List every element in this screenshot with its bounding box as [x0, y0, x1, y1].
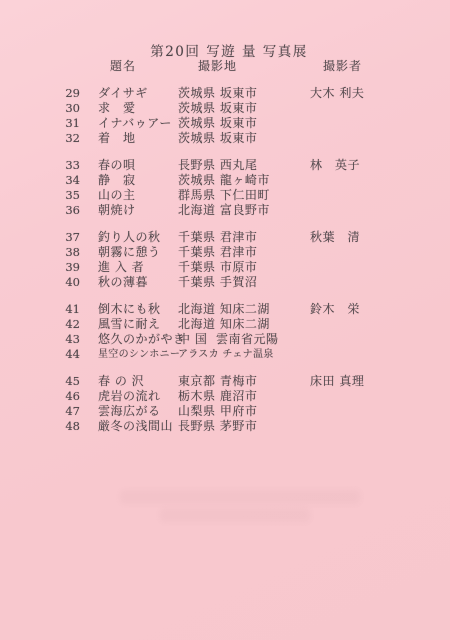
entry-photographer — [308, 404, 450, 419]
entry-number: 30 — [0, 101, 80, 116]
entry-title: 着 地 — [80, 131, 178, 146]
entry-photographer — [308, 332, 450, 347]
entry-location: 山梨県 甲府市 — [178, 404, 308, 419]
entry-photographer: 鈴木 栄 — [308, 302, 450, 317]
table-row: 39 進 入 者 千葉県 市原市 — [0, 260, 450, 275]
entry-location: 茨城県 坂東市 — [178, 131, 308, 146]
entry-number: 39 — [0, 260, 80, 275]
entry-location: 茨城県 龍ヶ崎市 — [178, 173, 308, 188]
entry-number: 47 — [0, 404, 80, 419]
entry-location: 群馬県 下仁田町 — [178, 188, 308, 203]
table-row: 42 風雪に耐え 北海道 知床二湖 — [0, 317, 450, 332]
entry-title: 雲海広がる — [80, 404, 178, 419]
entry-photographer — [308, 389, 450, 404]
entry-number: 33 — [0, 158, 80, 173]
entry-number: 34 — [0, 173, 80, 188]
entry-number: 35 — [0, 188, 80, 203]
table-row: 43 悠久のかがやき 中 国 雲南省元陽 — [0, 332, 450, 347]
entry-photographer: 大木 利夫 — [308, 86, 450, 101]
table-row: 45 春 の 沢 東京都 青梅市 床田 真理 — [0, 374, 450, 389]
entry-title: 静 寂 — [80, 173, 178, 188]
table-row: 33 春の唄 長野県 西丸尾 林 英子 — [0, 158, 450, 173]
entry-location: 千葉県 市原市 — [178, 260, 308, 275]
table-row: 32 着 地 茨城県 坂東市 — [0, 131, 450, 146]
entry-location: 千葉県 君津市 — [178, 245, 308, 260]
entry-location: 栃木県 鹿沼市 — [178, 389, 308, 404]
entry-number: 41 — [0, 302, 80, 317]
reverse-side-bleed-through — [120, 490, 360, 504]
entry-title: 朝焼け — [80, 203, 178, 218]
entry-title: ダイサギ — [80, 86, 178, 101]
table-row: 37 釣り人の秋 千葉県 君津市 秋葉 清 — [0, 230, 450, 245]
entry-location: 中 国 雲南省元陽 — [178, 332, 308, 347]
entry-number: 37 — [0, 230, 80, 245]
entry-title: 悠久のかがやき — [80, 332, 178, 347]
entry-location: 千葉県 手賀沼 — [178, 275, 308, 290]
column-header-photographer: 撮影者 — [323, 57, 362, 74]
entry-number: 45 — [0, 374, 80, 389]
table-row: 40 秋の薄暮 千葉県 手賀沼 — [0, 275, 450, 290]
entry-location: 茨城県 坂東市 — [178, 86, 308, 101]
entry-photographer — [308, 347, 450, 362]
entry-location: 東京都 青梅市 — [178, 374, 308, 389]
entry-title: 秋の薄暮 — [80, 275, 178, 290]
column-header-title: 題名 — [110, 57, 136, 74]
entry-location: 長野県 茅野市 — [178, 419, 308, 434]
entry-photographer — [308, 275, 450, 290]
table-row: 30 求 愛 茨城県 坂東市 — [0, 101, 450, 116]
entry-photographer — [308, 260, 450, 275]
table-row: 38 朝霧に憩う 千葉県 君津市 — [0, 245, 450, 260]
table-row: 36 朝焼け 北海道 富良野市 — [0, 203, 450, 218]
entry-photographer — [308, 203, 450, 218]
entry-photographer — [308, 188, 450, 203]
entry-photographer — [308, 419, 450, 434]
entry-number: 31 — [0, 116, 80, 131]
column-header-row: 題名 撮影地 撮影者 — [0, 57, 450, 72]
entry-location: 長野県 西丸尾 — [178, 158, 308, 173]
entry-photographer — [308, 173, 450, 188]
entry-location: 北海道 知床二湖 — [178, 302, 308, 317]
entry-photographer — [308, 131, 450, 146]
table-row: 47 雲海広がる 山梨県 甲府市 — [0, 404, 450, 419]
entry-title: 倒木にも秋 — [80, 302, 178, 317]
column-header-location: 撮影地 — [198, 57, 237, 74]
entry-photographer — [308, 245, 450, 260]
entry-title: 進 入 者 — [80, 260, 178, 275]
scanned-exhibition-list-page: 第20回 写遊 量 写真展 題名 撮影地 撮影者 29 ダイサギ 茨城県 坂東市… — [0, 0, 450, 640]
table-row: 48 厳冬の浅間山 長野県 茅野市 — [0, 419, 450, 434]
entry-number: 29 — [0, 86, 80, 101]
entry-number: 32 — [0, 131, 80, 146]
entry-location: 北海道 知床二湖 — [178, 317, 308, 332]
entry-number: 40 — [0, 275, 80, 290]
entry-location: アラスカ チェナ温泉 — [178, 347, 308, 362]
entry-title: 星空のシンホニー — [80, 347, 178, 362]
entry-title: 釣り人の秋 — [80, 230, 178, 245]
entry-number: 36 — [0, 203, 80, 218]
entry-title: イナバゥアー — [80, 116, 178, 131]
entry-photographer: 秋葉 清 — [308, 230, 450, 245]
entry-title: 厳冬の浅間山 — [80, 419, 178, 434]
reverse-side-bleed-through — [160, 508, 310, 522]
table-row: 34 静 寂 茨城県 龍ヶ崎市 — [0, 173, 450, 188]
entry-title: 春の唄 — [80, 158, 178, 173]
entry-table: 29 ダイサギ 茨城県 坂東市 大木 利夫 30 求 愛 茨城県 坂東市 31 … — [0, 86, 450, 446]
entry-group: 33 春の唄 長野県 西丸尾 林 英子 34 静 寂 茨城県 龍ヶ崎市 35 山… — [0, 158, 450, 218]
entry-photographer — [308, 317, 450, 332]
entry-title: 朝霧に憩う — [80, 245, 178, 260]
entry-number: 44 — [0, 347, 80, 362]
entry-photographer — [308, 116, 450, 131]
entry-title: 山の主 — [80, 188, 178, 203]
entry-number: 48 — [0, 419, 80, 434]
table-row: 31 イナバゥアー 茨城県 坂東市 — [0, 116, 450, 131]
entry-photographer: 床田 真理 — [308, 374, 450, 389]
entry-location: 茨城県 坂東市 — [178, 101, 308, 116]
entry-number: 46 — [0, 389, 80, 404]
entry-group: 41 倒木にも秋 北海道 知床二湖 鈴木 栄 42 風雪に耐え 北海道 知床二湖… — [0, 302, 450, 362]
entry-group: 29 ダイサギ 茨城県 坂東市 大木 利夫 30 求 愛 茨城県 坂東市 31 … — [0, 86, 450, 146]
entry-title: 求 愛 — [80, 101, 178, 116]
table-row: 35 山の主 群馬県 下仁田町 — [0, 188, 450, 203]
entry-number: 43 — [0, 332, 80, 347]
table-row: 29 ダイサギ 茨城県 坂東市 大木 利夫 — [0, 86, 450, 101]
table-row: 44 星空のシンホニー アラスカ チェナ温泉 — [0, 347, 450, 362]
entry-location: 千葉県 君津市 — [178, 230, 308, 245]
table-row: 46 虎岩の流れ 栃木県 鹿沼市 — [0, 389, 450, 404]
entry-photographer: 林 英子 — [308, 158, 450, 173]
entry-title: 虎岩の流れ — [80, 389, 178, 404]
entry-number: 38 — [0, 245, 80, 260]
table-row: 41 倒木にも秋 北海道 知床二湖 鈴木 栄 — [0, 302, 450, 317]
entry-group: 45 春 の 沢 東京都 青梅市 床田 真理 46 虎岩の流れ 栃木県 鹿沼市 … — [0, 374, 450, 434]
entry-photographer — [308, 101, 450, 116]
entry-location: 北海道 富良野市 — [178, 203, 308, 218]
entry-location: 茨城県 坂東市 — [178, 116, 308, 131]
entry-group: 37 釣り人の秋 千葉県 君津市 秋葉 清 38 朝霧に憩う 千葉県 君津市 3… — [0, 230, 450, 290]
entry-number: 42 — [0, 317, 80, 332]
entry-title: 春 の 沢 — [80, 374, 178, 389]
entry-title: 風雪に耐え — [80, 317, 178, 332]
